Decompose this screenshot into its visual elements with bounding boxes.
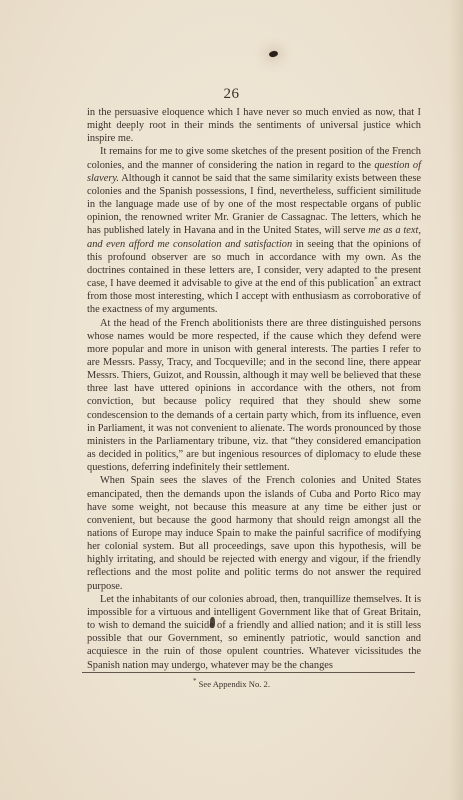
paragraph: in the persuasive eloquence which I have…	[87, 106, 421, 145]
document-page: 26 in the persuasive eloquence which I h…	[0, 0, 463, 800]
text-run: in the persuasive eloquence which I have…	[87, 107, 421, 144]
footnote: * See Appendix No. 2.	[0, 679, 463, 689]
paragraph: Let the inhabitants of our colonies abro…	[87, 593, 421, 672]
text-run: Let the inhabitants of our colonies abro…	[87, 594, 421, 671]
ink-blot-mark	[268, 50, 278, 58]
paragraph: At the head of the French abolitionists …	[87, 317, 421, 475]
body-text: in the persuasive eloquence which I have…	[87, 106, 421, 672]
text-run: It remains for me to give some sketches …	[87, 146, 421, 170]
text-run: When Spain sees the slaves of the French…	[87, 475, 421, 591]
paragraph: When Spain sees the slaves of the French…	[87, 474, 421, 592]
footnote-rule	[82, 672, 415, 673]
page-number: 26	[0, 86, 463, 103]
paragraph: It remains for me to give some sketches …	[87, 145, 421, 316]
text-run: At the head of the French abolitionists …	[87, 318, 421, 474]
ink-smudge-mark	[210, 617, 215, 628]
footnote-text: See Appendix No. 2.	[196, 679, 270, 689]
